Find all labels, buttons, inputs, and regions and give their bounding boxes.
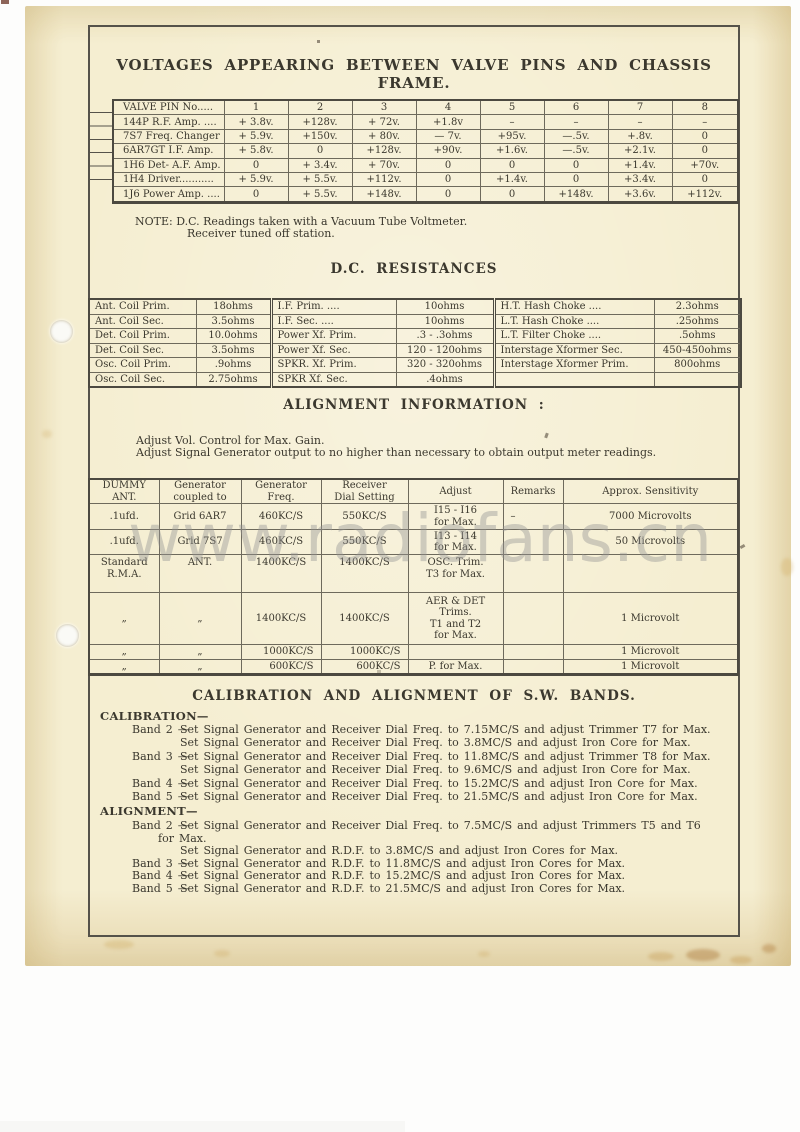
table-cell: 2.75ohms xyxy=(196,372,271,387)
table-cell: 120 - 120ohms xyxy=(396,343,494,358)
table-cell: +3.4v. xyxy=(608,172,672,186)
table-cell: Ant. Coil Sec. xyxy=(89,314,196,329)
table-cell: + 3.8v. xyxy=(224,115,288,129)
table-cell: +1.4v. xyxy=(480,172,544,186)
table-cell: +148v. xyxy=(544,187,608,202)
table-cell: 3.5ohms xyxy=(196,343,271,358)
table-cell: +1.8v xyxy=(416,115,480,129)
dc-resistances-title: D.C. RESISTANCES xyxy=(88,261,740,277)
table-cell: Interstage Xformer Sec. xyxy=(494,343,654,358)
table-cell: 0 xyxy=(672,144,738,158)
band-instruction: Set Signal Generator and R.D.F. to 3.8MC… xyxy=(180,844,618,857)
band-instruction: Set Signal Generator and Receiver Dial F… xyxy=(180,736,691,749)
alignment-heading: ALIGNMENT— xyxy=(100,804,198,818)
table-cell: 600KC/S xyxy=(241,660,321,675)
table-cell: 0 xyxy=(672,129,738,143)
table-cell: 2.3ohms xyxy=(654,299,741,314)
table-cell: .25ohms xyxy=(654,314,741,329)
table-cell: Osc. Coil Sec. xyxy=(89,372,196,387)
table-cell: „ xyxy=(159,593,241,645)
table-cell xyxy=(503,593,563,645)
table-cell: Osc. Coil Prim. xyxy=(89,358,196,373)
table-cell: 1H4 Driver........... xyxy=(113,172,224,186)
table-cell: .5ohms xyxy=(654,329,741,344)
table-cell: +2.1v. xyxy=(608,144,672,158)
table-cell: 8 xyxy=(672,100,738,115)
band-instruction-continuation: for Max. xyxy=(95,832,755,845)
table-cell: + 70v. xyxy=(352,158,416,172)
table-cell xyxy=(503,660,563,675)
table-cell: +1.4v. xyxy=(608,158,672,172)
table-cell: 5 xyxy=(480,100,544,115)
table-cell: SPKR. Xf. Prim. xyxy=(271,358,396,373)
table-cell: – xyxy=(672,115,738,129)
table-cell: 0 xyxy=(672,172,738,186)
voltage-table: VALVE PIN No.....12345678144P R.F. Amp. … xyxy=(112,99,739,204)
table-cell: 0 xyxy=(288,144,352,158)
table-cell: 1 Microvolt xyxy=(563,593,738,645)
table-cell: .3 - .3ohms xyxy=(396,329,494,344)
table-cell: „ xyxy=(89,645,159,660)
table-cell: + 5.9v. xyxy=(224,172,288,186)
table-cell: Interstage Xformer Prim. xyxy=(494,358,654,373)
table-cell: Det. Coil Sec. xyxy=(89,343,196,358)
table-cell: +112v. xyxy=(672,187,738,202)
table-cell: I.F. Prim. .... xyxy=(271,299,396,314)
band-instruction: Set Signal Generator and R.D.F. to 15.2M… xyxy=(180,869,625,882)
table-cell: 3.5ohms xyxy=(196,314,271,329)
table-cell: 0 xyxy=(544,172,608,186)
table-cell: 450-450ohms xyxy=(654,343,741,358)
table-cell: „ xyxy=(159,645,241,660)
table-cell: 1H6 Det- A.F. Amp. xyxy=(113,158,224,172)
scan-corner-mark xyxy=(1,0,9,4)
band-instruction: Set Signal Generator and R.D.F. to 11.8M… xyxy=(180,857,625,870)
table-cell: 0 xyxy=(224,187,288,202)
calibration-heading: CALIBRATION— xyxy=(100,709,209,723)
table-cell: 0 xyxy=(480,158,544,172)
page-title: VOLTAGES APPEARING BETWEEN VALVE PINS AN… xyxy=(88,56,740,92)
table-cell: 10.0ohms xyxy=(196,329,271,344)
table-cell: 1000KC/S xyxy=(321,645,408,660)
table-cell: 7S7 Freq. Changer xyxy=(113,129,224,143)
table-cell: – xyxy=(544,115,608,129)
table-cell: —.5v. xyxy=(544,144,608,158)
table-cell: 1 xyxy=(224,100,288,115)
table-cell: P. for Max. xyxy=(408,660,503,675)
alignment-instruction-2: Adjust Signal Generator output to no hig… xyxy=(136,446,656,459)
table-cell: +90v. xyxy=(416,144,480,158)
table-cell: +70v. xyxy=(672,158,738,172)
table-cell xyxy=(494,372,654,387)
table-cell: 0 xyxy=(416,172,480,186)
table-cell: VALVE PIN No..... xyxy=(113,100,224,115)
band-instruction: Set Signal Generator and Receiver Dial F… xyxy=(180,750,711,763)
table-cell xyxy=(503,645,563,660)
table-cell: 1 Microvolt xyxy=(563,645,738,660)
band-instruction: Set Signal Generator and Receiver Dial F… xyxy=(180,763,691,776)
table-cell: 320 - 320ohms xyxy=(396,358,494,373)
table-cell: +128v. xyxy=(288,115,352,129)
table-cell: + 5.8v. xyxy=(224,144,288,158)
table-cell: 600KC/S xyxy=(321,660,408,675)
table-cell: .9ohms xyxy=(196,358,271,373)
table-cell: +148v. xyxy=(352,187,416,202)
table-cell: 0 xyxy=(544,158,608,172)
table-cell: 0 xyxy=(416,187,480,202)
table-cell: 18ohms xyxy=(196,299,271,314)
table-cell: 1400KC/S xyxy=(321,593,408,645)
note-line-2: Receiver tuned off station. xyxy=(187,227,335,240)
band-instruction: Set Signal Generator and Receiver Dial F… xyxy=(180,723,711,736)
sw-bands-title: CALIBRATION AND ALIGNMENT OF S.W. BANDS. xyxy=(88,688,740,704)
table-cell: Ant. Coil Prim. xyxy=(89,299,196,314)
table-cell: +1.6v. xyxy=(480,144,544,158)
hole-punch-top xyxy=(50,320,73,343)
table-cell: L.T. Hash Choke .... xyxy=(494,314,654,329)
table-cell: SPKR Xf. Sec. xyxy=(271,372,396,387)
table-cell: 1400KC/S xyxy=(241,593,321,645)
table-cell: – xyxy=(608,115,672,129)
table-cell: „ xyxy=(89,660,159,675)
table-cell: +95v. xyxy=(480,129,544,143)
table-cell: 6AR7GT I.F. Amp. xyxy=(113,144,224,158)
table-cell: AER & DET Trims. T1 and T2 for Max. xyxy=(408,593,503,645)
table-cell: +3.6v. xyxy=(608,187,672,202)
table-cell xyxy=(408,645,503,660)
table-cell: 800ohms xyxy=(654,358,741,373)
band-instruction: Set Signal Generator and Receiver Dial F… xyxy=(180,790,698,803)
table-cell: 1000KC/S xyxy=(241,645,321,660)
table-cell: .4ohms xyxy=(396,372,494,387)
table-cell: Power Xf. Sec. xyxy=(271,343,396,358)
table-cell: Det. Coil Prim. xyxy=(89,329,196,344)
table-cell: L.T. Filter Choke .... xyxy=(494,329,654,344)
table-cell: + 72v. xyxy=(352,115,416,129)
band-instruction: Set Signal Generator and Receiver Dial F… xyxy=(180,819,701,832)
table-cell: H.T. Hash Choke .... xyxy=(494,299,654,314)
table-cell: Power Xf. Prim. xyxy=(271,329,396,344)
table-cell: +112v. xyxy=(352,172,416,186)
table-cell: 2 xyxy=(288,100,352,115)
table-cell: 0 xyxy=(416,158,480,172)
table-cell: +150v. xyxy=(288,129,352,143)
table-cell: + 5.9v. xyxy=(224,129,288,143)
row-rule-margin-marks xyxy=(89,112,112,181)
table-cell: „ xyxy=(159,660,241,675)
table-cell: 4 xyxy=(416,100,480,115)
table-cell: + 5.5v. xyxy=(288,187,352,202)
table-cell: 0 xyxy=(480,187,544,202)
table-cell: 1 Microvolt xyxy=(563,660,738,675)
table-cell: 10ohms xyxy=(396,299,494,314)
table-cell: 1J6 Power Amp. .... xyxy=(113,187,224,202)
table-cell: 144P R.F. Amp. .... xyxy=(113,115,224,129)
table-cell: + 5.5v. xyxy=(288,172,352,186)
scanned-service-manual-page: VOLTAGES APPEARING BETWEEN VALVE PINS AN… xyxy=(0,0,800,1132)
table-cell: +128v. xyxy=(352,144,416,158)
table-cell: 0 xyxy=(224,158,288,172)
calibration-instructions: Band 2 —Set Signal Generator and Receive… xyxy=(95,723,755,803)
table-cell: + 3.4v. xyxy=(288,158,352,172)
table-cell: 10ohms xyxy=(396,314,494,329)
table-cell: „ xyxy=(89,593,159,645)
table-cell: + 80v. xyxy=(352,129,416,143)
table-cell: —.5v. xyxy=(544,129,608,143)
table-cell: — 7v. xyxy=(416,129,480,143)
scan-edge-shadow xyxy=(0,1121,405,1132)
table-cell: 3 xyxy=(352,100,416,115)
hole-punch-bottom xyxy=(56,624,79,647)
table-cell: – xyxy=(480,115,544,129)
band-instruction: Set Signal Generator and R.D.F. to 21.5M… xyxy=(180,882,625,895)
alignment-information-title: ALIGNMENT INFORMATION : xyxy=(88,397,740,413)
table-cell xyxy=(654,372,741,387)
dc-resistances-table: Ant. Coil Prim.18ohmsI.F. Prim. ....10oh… xyxy=(88,298,742,388)
table-cell: 6 xyxy=(544,100,608,115)
table-cell: I.F. Sec. .... xyxy=(271,314,396,329)
band-instruction: Set Signal Generator and Receiver Dial F… xyxy=(180,777,698,790)
alignment-instructions: Band 2 —Set Signal Generator and Receive… xyxy=(95,819,755,895)
table-cell: +.8v. xyxy=(608,129,672,143)
watermark-text: www.radiofans.cn xyxy=(128,500,728,577)
table-cell: 7 xyxy=(608,100,672,115)
